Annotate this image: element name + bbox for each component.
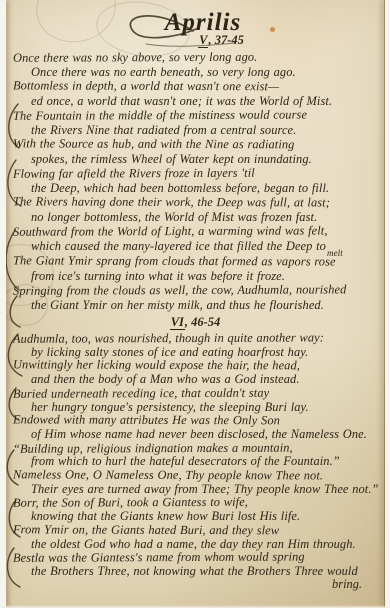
verse-line: With the Source as hub, and with the Nin… — [0, 136, 390, 152]
page-left-edge — [0, 0, 6, 608]
verse-line: From Ymir on, the Giants hated Buri, and… — [0, 523, 390, 538]
verse-line: from ice's turning into what it was befo… — [0, 269, 390, 284]
verse-line: Nameless One, O Nameless One, Thy people… — [0, 468, 390, 483]
verse-line: The Rivers having done their work, the D… — [0, 194, 390, 210]
verse-line: the Deep, which had been bottomless befo… — [0, 181, 390, 196]
stanza-numeral: V — [198, 33, 208, 48]
stanza-numeral: VI — [170, 315, 185, 330]
stanza-heading-1: V, 37-45 — [26, 33, 390, 47]
verse-line: Buried underneath receding ice, that cou… — [0, 386, 390, 401]
verse-line: Bestla was the Giantess's name from whom… — [0, 550, 390, 565]
verse-line: Southward from the World of Light, a war… — [0, 223, 390, 239]
verse-line: the Giant Ymir on her misty milk, and th… — [0, 298, 390, 313]
verse-line: Unwittingly her licking would expose the… — [0, 359, 390, 374]
verse-line: no longer bottomless, the World of Mist … — [0, 210, 390, 225]
verse-line: Flowing far afield the Rivers froze in l… — [0, 165, 390, 181]
page-title: Aprilis — [8, 9, 390, 36]
verse-line: the Rivers Nine that radiated from a cen… — [0, 123, 390, 138]
stanza-verses-2: Audhumla, too, was nourished, though in … — [0, 332, 390, 579]
stanza-verses-1: Once there was no sky above, so very lon… — [0, 50, 390, 312]
verse-line: of Him whose name had never been disclos… — [0, 428, 390, 442]
stanza-verse-range: , 46-54 — [185, 315, 220, 329]
verse-line: The Giant Ymir sprang from clouds that f… — [0, 253, 390, 269]
verse-line: Borr, the Son of Buri, took a Giantess t… — [0, 496, 390, 511]
verse-line: Once there was no earth beneath, so very… — [0, 65, 390, 80]
verse-line: and then the body of a Man who was a God… — [0, 373, 390, 387]
verse-line: which caused the many-layered ice that f… — [0, 239, 390, 255]
verse-line: Audhumla, too, was nourished, though in … — [0, 331, 390, 346]
verse-line: Springing from the clouds as well, the c… — [0, 282, 390, 298]
manuscript-page: Aprilis V, 37-45 Once there was no sky a… — [0, 0, 390, 608]
verse-line: ed once, a world that wasn't one; it was… — [0, 94, 390, 109]
verse-line: Once there was no sky above, so very lon… — [0, 49, 390, 65]
manuscript-text: Aprilis V, 37-45 Once there was no sky a… — [0, 0, 390, 591]
verse-line: “Building up, religious indignation make… — [0, 441, 390, 456]
verse-line: The Fountain in the middle of the mistin… — [0, 107, 390, 123]
stanza-heading-2: VI, 46-54 — [0, 315, 390, 329]
verse-line: Bottomless in depth, a world that wasn't… — [0, 78, 390, 94]
page-right-edge — [385, 0, 390, 608]
verse-line: spokes, the rimless Wheel of Water kept … — [0, 152, 390, 167]
stanza-verse-range: , 37-45 — [208, 33, 243, 47]
verse-line: Endowed with many attributes He was the … — [0, 414, 390, 429]
hanging-word: bring. — [0, 578, 390, 591]
